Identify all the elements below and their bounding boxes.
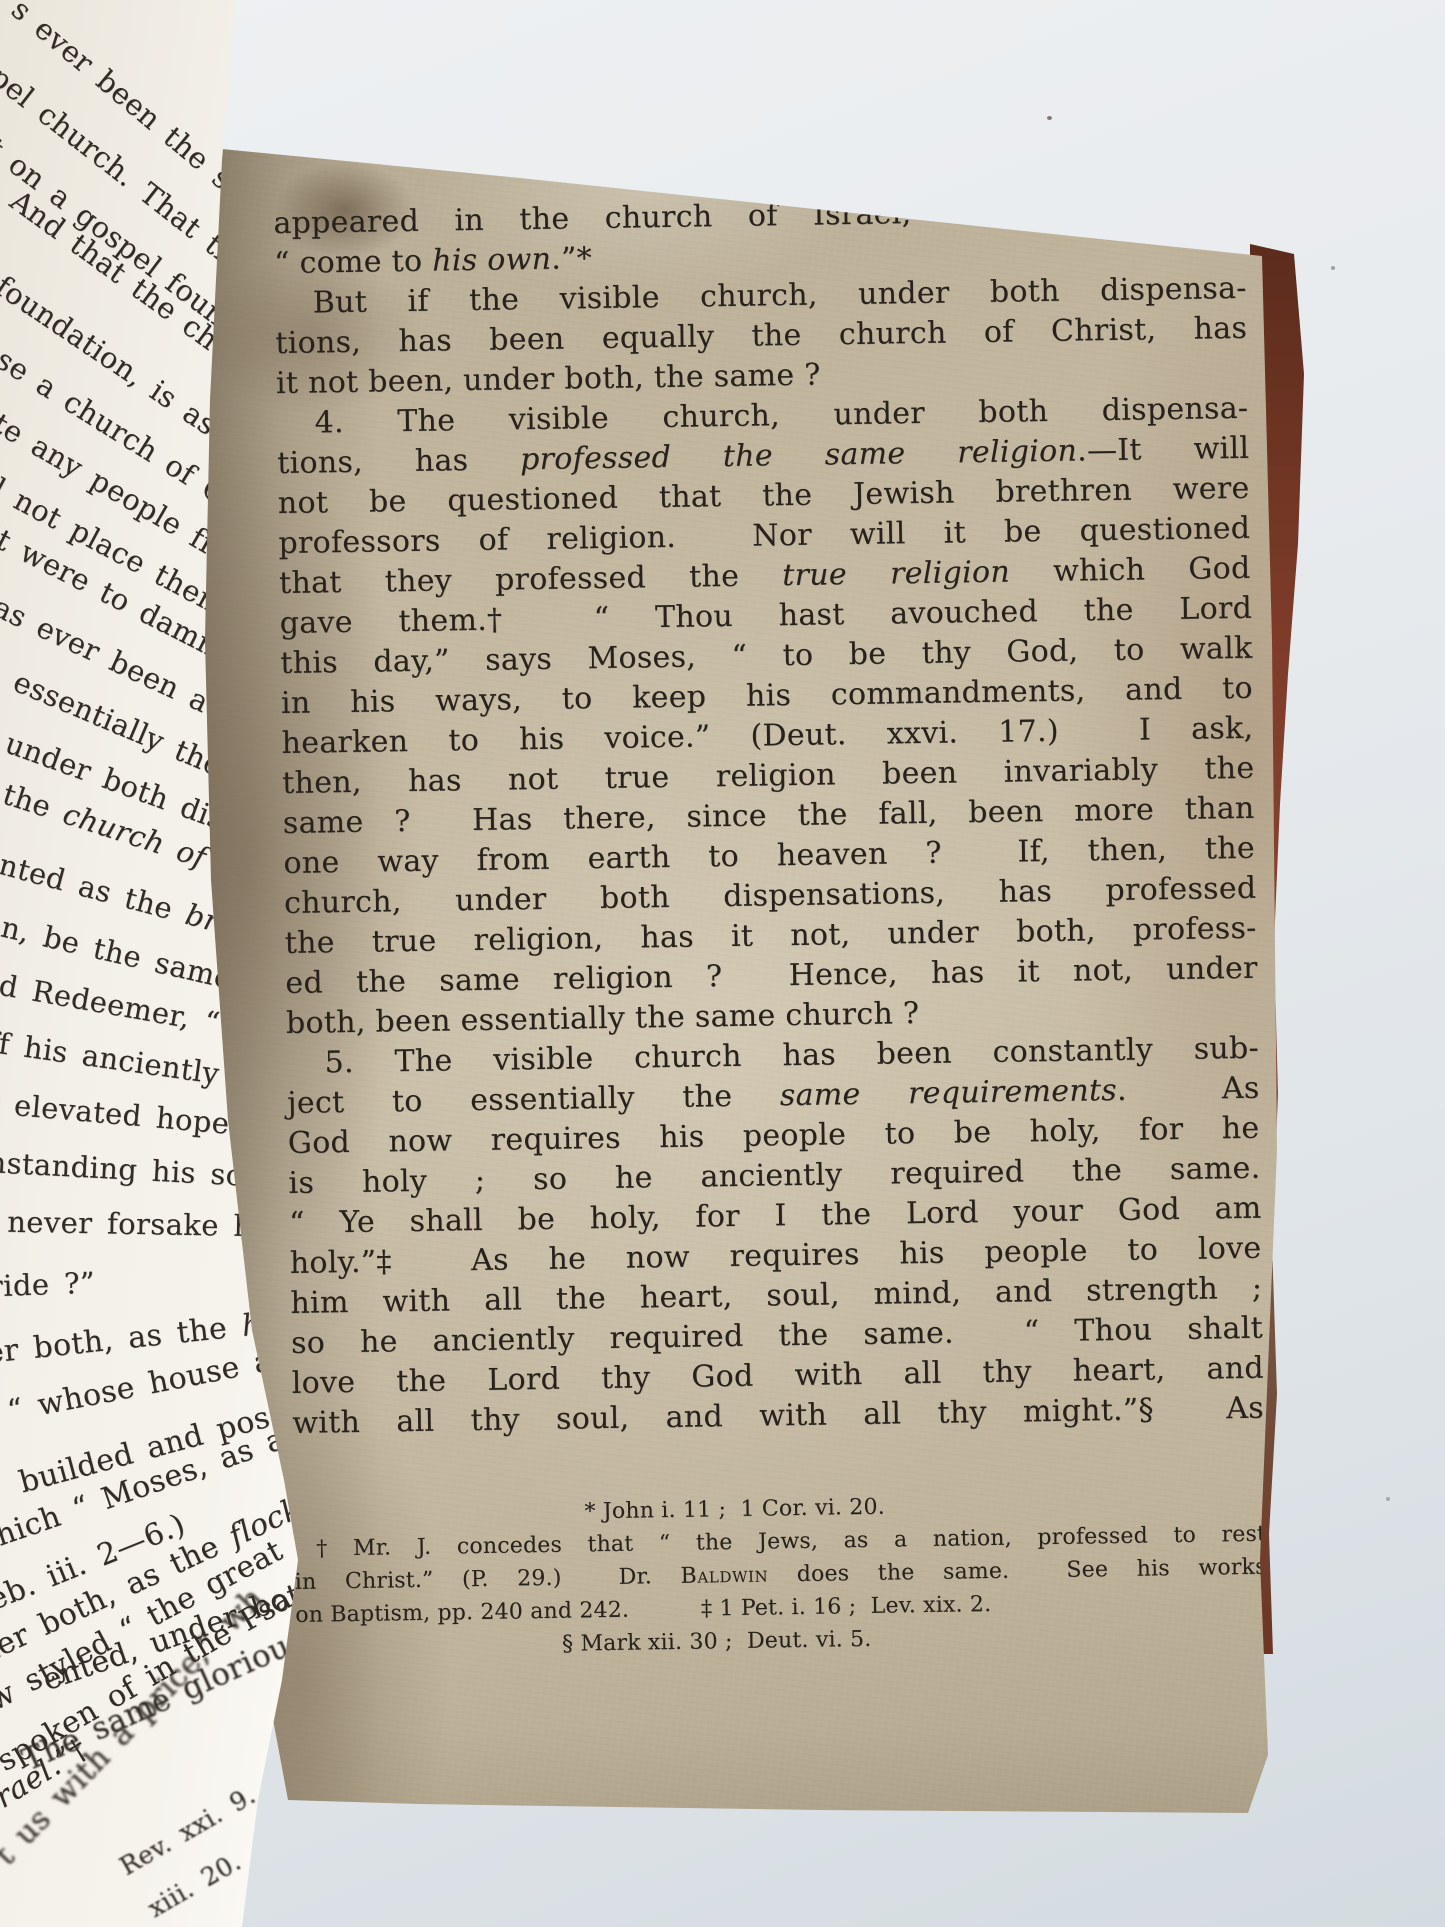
dust-speck (1331, 266, 1335, 270)
text-run: the (0, 777, 69, 829)
text-run: ject to essentially the (287, 1078, 780, 1121)
right-page-content: 57 appeared in the church of Israel, is … (272, 119, 1268, 1665)
text-run: .—It will (1077, 431, 1250, 469)
line-content: “ come to his own.”* (274, 239, 593, 284)
body-text: appeared in the church of Israel, is sai… (273, 189, 1264, 1444)
text-run: true religion (782, 555, 1010, 594)
text-run: does the same. See his works (768, 1555, 1267, 1588)
left-page-fragment: bride ?” (0, 1266, 96, 1304)
text-run: professed the same religion (520, 434, 1077, 478)
body-text-line: appeared in the church of Israel, is sai… (273, 189, 1246, 244)
paper-speck (1047, 116, 1052, 120)
text-run: that they professed the (279, 558, 783, 601)
text-run: “ come to (274, 244, 433, 281)
text-run: tions, has (277, 442, 520, 481)
text-run: appeared in the church of Israel, is sai… (273, 191, 1246, 241)
text-run: Baldwin (680, 1562, 768, 1588)
text-run: it not been, under both, the same ? (276, 358, 821, 402)
text-run: on Baptism, pp. 240 and 242. ‡ 1 Pet. i.… (295, 1592, 991, 1628)
text-run: both, been essentially the same church ? (286, 996, 920, 1041)
footnotes: * John i. 11 ; 1 Cor. vi. 20.† Mr. J. co… (294, 1485, 1268, 1665)
line-content: * John i. 11 ; 1 Cor. vi. 20. (584, 1491, 885, 1529)
text-run: * John i. 11 ; 1 Cor. vi. 20. (584, 1495, 885, 1525)
book-photo-scene: 57 appeared in the church of Israel, is … (0, 0, 1445, 1927)
line-content: § Mark xii. 30 ; Deut. vi. 5. (562, 1623, 872, 1661)
dust-speck (1386, 1497, 1390, 1501)
text-run: same requirements (780, 1073, 1118, 1113)
text-run: . As (1117, 1071, 1260, 1108)
page-number: 57 (272, 119, 1245, 178)
line-content: appeared in the church of Israel, is sai… (273, 189, 1246, 244)
text-run: in Christ.” (P. 29.) Dr. (295, 1564, 681, 1595)
text-run: which God (1010, 551, 1251, 590)
text-run: § Mark xii. 30 ; Deut. vi. 5. (562, 1627, 872, 1657)
text-run: bride ?” (0, 1266, 96, 1304)
text-run: .”* (551, 241, 592, 277)
text-run: his own (432, 242, 552, 279)
